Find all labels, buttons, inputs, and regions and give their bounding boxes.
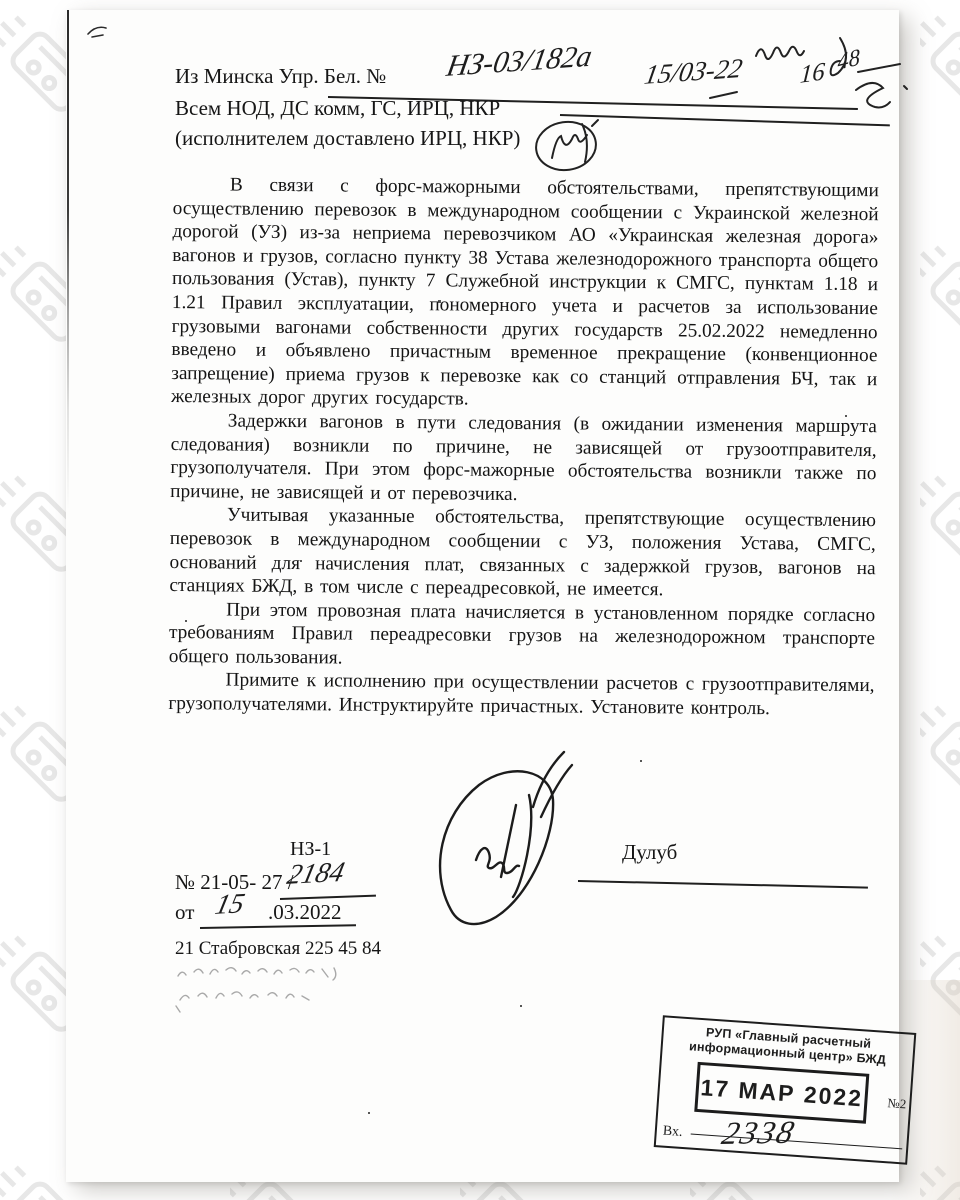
paragraph-5: Примите к исполнению при осуществлении р…: [168, 668, 874, 721]
stamp-copy-number: №2: [887, 1095, 907, 1112]
delivery-note-line: (исполнителем доставлено ИРЦ, НКР): [175, 126, 520, 151]
circled-initials-mark: [532, 116, 608, 180]
scan-speck: [300, 560, 302, 562]
pencil-notes: [172, 962, 422, 1017]
signature-scribble: [421, 745, 651, 935]
handwritten-scribble-top-right: [706, 22, 926, 122]
from-line-prefix: Из Минска Упр. Бел. №: [175, 64, 386, 89]
scan-speck: [185, 620, 187, 622]
reference-date-underline: [200, 924, 356, 929]
paragraph-1: В связи с форс-мажорными обстоятельствам…: [171, 173, 879, 415]
scan-speck: [368, 1112, 370, 1114]
reference-date-suffix: .03.2022: [268, 900, 342, 925]
addressees-line: Всем НОД, ДС комм, ГС, ИРЦ, НКР: [175, 96, 500, 121]
paragraph-2: Задержки вагонов в пути следования (в ож…: [170, 409, 877, 510]
document-sheet: Из Минска Упр. Бел. № НЗ-03/182а 15/03-2…: [66, 10, 899, 1182]
registration-stamp: РУП «Главный расчетный информационный це…: [654, 1015, 917, 1164]
scan-speck: [438, 300, 441, 303]
stamp-incoming-label: Вх.: [662, 1124, 683, 1141]
pen-tick-mark: [84, 20, 118, 42]
scan-speck: [520, 1005, 522, 1007]
handwritten-outgoing-number: НЗ-03/182а: [444, 39, 595, 84]
scanned-letter-page: { "document": { "header": { "from_line_p…: [0, 0, 960, 1200]
reference-number-handwritten: 2184: [284, 857, 347, 892]
letter-body: В связи с форс-мажорными обстоятельствам…: [168, 173, 879, 722]
signer-name: Дулуб: [622, 840, 677, 865]
scan-speck: [845, 415, 847, 417]
executor-line: 21 Стабровская 225 45 84: [175, 938, 381, 960]
scan-speck: [860, 257, 862, 259]
scan-speck: [640, 760, 642, 762]
reference-date-prefix: от: [175, 900, 194, 925]
paragraph-4: При этом провозная плата начисляется в у…: [169, 598, 876, 675]
stamp-incoming-number-handwritten: 2338: [718, 1114, 799, 1152]
scan-edge-artifact: [67, 10, 69, 510]
paragraph-3: Учитывая указанные обстоятельства, препя…: [169, 503, 876, 604]
